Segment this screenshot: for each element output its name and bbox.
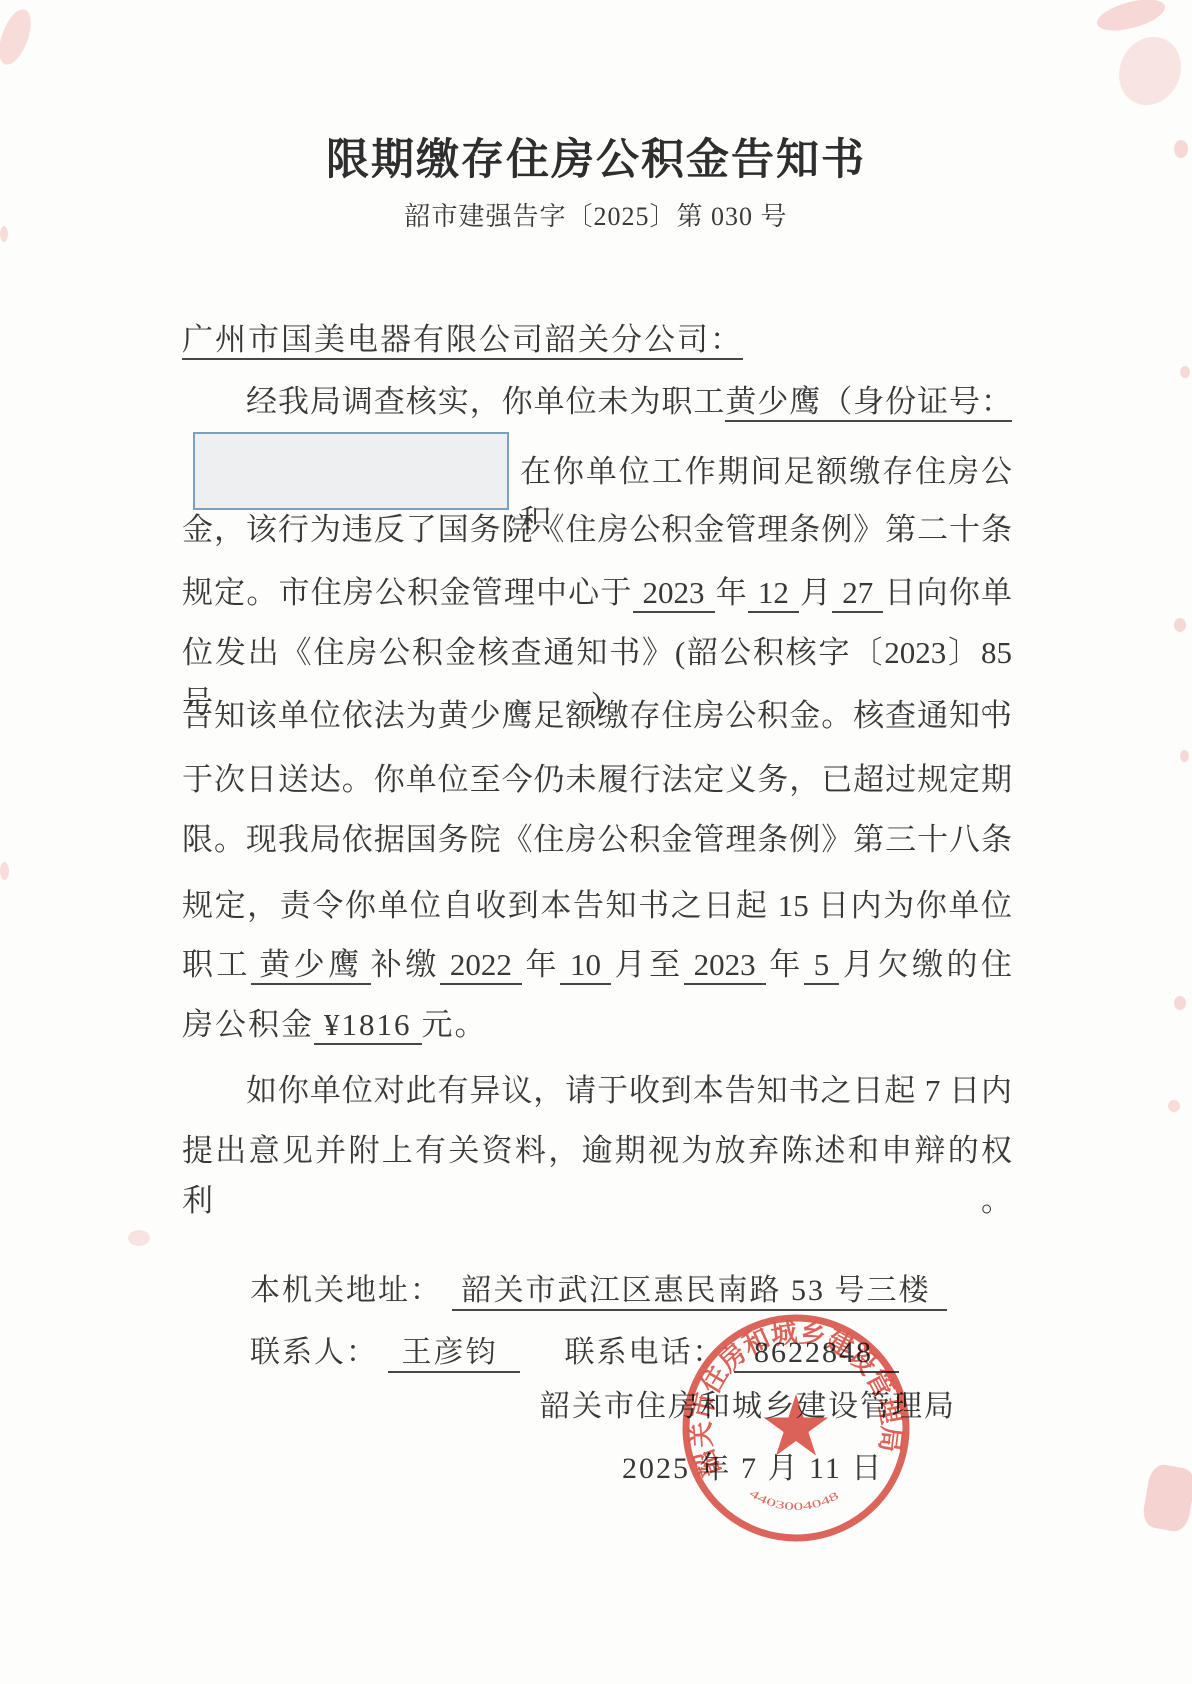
text-segment: 经我局调查核实，你单位未为职工: [246, 384, 725, 419]
underlined-field: 2023: [684, 947, 766, 985]
svg-text:4403004048: 4403004048: [747, 1487, 842, 1513]
body-line: 房公积金¥1816元。: [182, 1000, 1012, 1050]
salutation-line: 广州市国美电器有限公司韶关分公司：: [182, 315, 1012, 365]
text-segment: 月: [799, 575, 832, 610]
text-segment: 于次日送达。你单位至今仍未履行法定义务，已超过规定期: [182, 762, 1012, 797]
text-segment: 元。: [422, 1007, 488, 1042]
underlined-field: 广州市国美电器有限公司韶关分公司：: [182, 322, 743, 360]
body-line: 经我局调查核实，你单位未为职工黄少鹰（身份证号：: [182, 377, 1012, 427]
official-seal-stamp: 韶关市住房和城乡建设管理局 4403004048: [676, 1308, 916, 1548]
body-line: 限。现我局依据国务院《住房公积金管理条例》第三十八条: [182, 815, 1012, 865]
text-segment: 规定。市住房公积金管理中心于: [182, 575, 633, 610]
seal-star-icon: [764, 1394, 829, 1456]
redacted-id-box: [193, 432, 509, 510]
underlined-field: 10: [560, 947, 611, 985]
underlined-field: 27: [832, 575, 883, 613]
underlined-field: 2022: [440, 947, 522, 985]
underlined-field: 2023: [633, 575, 715, 613]
contact-label: 联系人：: [250, 1336, 378, 1369]
contact-name: 王彦钧: [388, 1336, 520, 1373]
text-segment: 年: [522, 947, 560, 982]
text-segment: 房公积金: [182, 1007, 314, 1042]
address-label: 本机关地址：: [250, 1274, 442, 1307]
address-value: 韶关市武江区惠民南路 53 号三楼: [452, 1274, 947, 1311]
underlined-field: ¥1816: [314, 1007, 422, 1045]
body-line: 在你单位工作期间足额缴存住房公积: [182, 437, 1012, 487]
seal-code-digits: 4403004048: [747, 1487, 842, 1513]
text-segment: 日向你单: [883, 575, 1012, 610]
text-segment: 规定，责令你单位自收到本告知书之日起 15 日内为你单位: [182, 888, 1012, 923]
text-segment: 月至: [611, 947, 684, 982]
underlined-field: 5: [804, 947, 840, 985]
body-line: 于次日送达。你单位至今仍未履行法定义务，已超过规定期: [182, 755, 1012, 805]
body-line: 位发出《住房公积金核查通知书》(韶公积核字〔2023〕85 号)。: [182, 628, 1012, 678]
body-line: 告知该单位依法为黄少鹰足额缴存住房公积金。核查通知书: [182, 691, 1012, 741]
body-line: 如你单位对此有异议，请于收到本告知书之日起 7 日内: [182, 1066, 1012, 1116]
document-body: 广州市国美电器有限公司韶关分公司：经我局调查核实，你单位未为职工黄少鹰（身份证号…: [0, 0, 1192, 1684]
text-segment: 年: [766, 947, 804, 982]
text-segment: 限。现我局依据国务院《住房公积金管理条例》第三十八条: [182, 822, 1012, 857]
body-line: 职工黄少鹰补缴2022年10月至2023年5月欠缴的住: [182, 940, 1012, 990]
text-segment: 提出意见并附上有关资料，逾期视为放弃陈述和申辩的权利。: [182, 1133, 1012, 1218]
text-segment: 补缴: [371, 947, 440, 982]
underlined-field: 黄少鹰: [251, 947, 371, 985]
text-segment: 月欠缴的住: [839, 947, 1012, 982]
text-segment: 如你单位对此有异议，请于收到本告知书之日起 7 日内: [246, 1073, 1012, 1108]
text-segment: 职工: [182, 947, 251, 982]
body-line: 规定，责令你单位自收到本告知书之日起 15 日内为你单位: [182, 881, 1012, 931]
underlined-field: 黄少鹰（身份证号：: [725, 384, 1012, 422]
underlined-field: 12: [748, 575, 799, 613]
text-segment: 告知该单位依法为黄少鹰足额缴存住房公积金。核查通知书: [182, 698, 1012, 733]
body-line: 规定。市住房公积金管理中心于2023年12月27日向你单: [182, 568, 1012, 618]
body-line: 金，该行为违反了国务院《住房公积金管理条例》第二十条: [182, 505, 1012, 555]
text-segment: 年: [715, 575, 748, 610]
text-segment: 金，该行为违反了国务院《住房公积金管理条例》第二十条: [182, 512, 1012, 547]
body-line: 提出意见并附上有关资料，逾期视为放弃陈述和申辩的权利。: [182, 1126, 1012, 1176]
